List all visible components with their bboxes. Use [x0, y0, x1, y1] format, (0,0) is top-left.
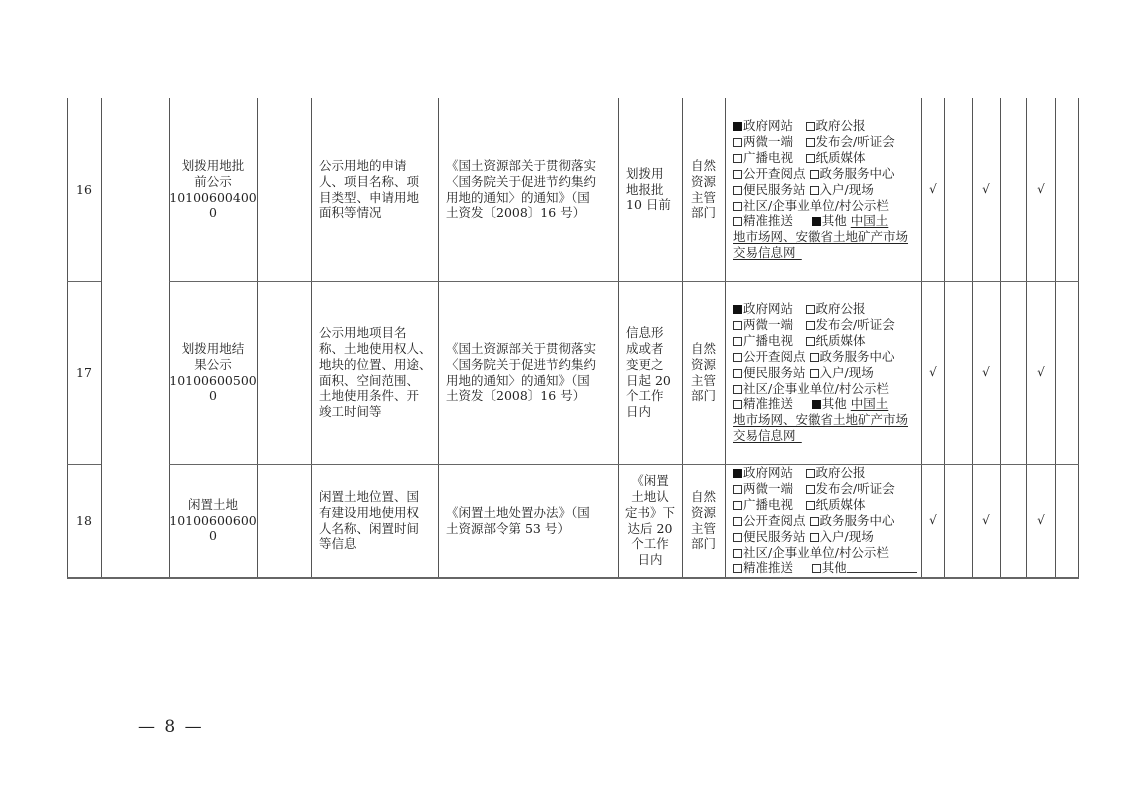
column-divider — [438, 98, 439, 578]
checkbox-empty-icon — [733, 138, 742, 147]
column-divider — [1055, 98, 1056, 578]
other-channel-blank — [847, 562, 917, 573]
checkbox-empty-icon — [810, 170, 819, 179]
disclosure-content: 公示用地的申请 人、项目名称、项 目类型、申请用地 面积等情况 — [319, 98, 437, 281]
row-index: 16 — [67, 98, 101, 281]
disclosure-table: 16 划拨用地批 前公示 10100600400 0 公示用地的申请 人、项目名… — [0, 0, 1122, 793]
row-divider — [169, 281, 1079, 282]
time-limit: 《闲置 土地认 定书》下 达后 20 个工作 日内 — [618, 464, 682, 577]
table-border-right — [1078, 98, 1079, 578]
checkbox-empty-icon — [806, 469, 815, 478]
responsible-department: 自然 资源 主管 部门 — [682, 281, 725, 464]
checkbox-empty-icon — [810, 353, 819, 362]
checkbox-empty-icon — [733, 400, 742, 409]
legal-basis: 《闲置土地处置办法》（国 土资源部令第 53 号） — [446, 464, 616, 577]
column-divider — [944, 98, 945, 578]
disclosure-channels: 政府网站 政府公报 两微一端 发布会/听证会 广播电视 纸质媒体 公开查阅点 政… — [733, 118, 919, 261]
row-index: 17 — [67, 281, 101, 464]
column-divider — [311, 98, 312, 578]
check-mark: √ — [921, 365, 945, 379]
item-name: 闲置土地 10100600600 0 — [169, 464, 257, 577]
column-divider — [101, 98, 102, 578]
column-divider — [725, 98, 726, 578]
checkbox-empty-icon — [733, 202, 742, 211]
row-index: 18 — [67, 464, 101, 577]
checkbox-empty-icon — [733, 533, 742, 542]
column-divider — [1000, 98, 1001, 578]
table-border-bottom — [67, 577, 1079, 579]
responsible-department: 自然 资源 主管 部门 — [682, 464, 725, 577]
checkbox-empty-icon — [733, 369, 742, 378]
check-mark: √ — [921, 513, 945, 527]
checkbox-checked-icon — [812, 217, 821, 226]
check-mark: √ — [1029, 365, 1053, 379]
checkbox-empty-icon — [733, 485, 742, 494]
checkbox-empty-icon — [733, 337, 742, 346]
checkbox-empty-icon — [733, 517, 742, 526]
checkbox-empty-icon — [810, 533, 819, 542]
disclosure-channels: 政府网站 政府公报 两微一端 发布会/听证会 广播电视 纸质媒体 公开查阅点 政… — [733, 301, 919, 444]
column-divider — [257, 98, 258, 578]
checkbox-empty-icon — [812, 564, 821, 573]
checkbox-empty-icon — [733, 321, 742, 330]
disclosure-content: 闲置土地位置、国 有建设用地使用权 人名称、闲置时间 等信息 — [319, 464, 437, 577]
checkbox-empty-icon — [810, 517, 819, 526]
responsible-department: 自然 资源 主管 部门 — [682, 98, 725, 281]
item-name: 划拨用地结 果公示 10100600500 0 — [169, 281, 257, 464]
checkbox-checked-icon — [812, 400, 821, 409]
checkbox-empty-icon — [733, 385, 742, 394]
check-mark: √ — [974, 365, 998, 379]
checkbox-empty-icon — [806, 305, 815, 314]
legal-basis: 《国土资源部关于贯彻落实 〈国务院关于促进节约集约 用地的通知〉的通知》（国 土… — [446, 281, 616, 464]
checkbox-empty-icon — [733, 170, 742, 179]
checkbox-checked-icon — [733, 469, 742, 478]
checkbox-empty-icon — [810, 186, 819, 195]
checkbox-empty-icon — [806, 337, 815, 346]
check-mark: √ — [974, 182, 998, 196]
page-number: — 8 — — [138, 717, 204, 737]
checkbox-empty-icon — [806, 138, 815, 147]
checkbox-empty-icon — [806, 122, 815, 131]
column-divider — [1026, 98, 1027, 578]
time-limit: 划拨用 地报批 10 日前 — [626, 98, 682, 281]
checkbox-empty-icon — [806, 501, 815, 510]
check-mark: √ — [1029, 182, 1053, 196]
disclosure-content: 公示用地项目名 称、土地使用权人、 地块的位置、用途、 面积、空间范围、 土地使… — [319, 281, 437, 464]
column-divider — [972, 98, 973, 578]
checkbox-empty-icon — [733, 154, 742, 163]
checkbox-checked-icon — [733, 305, 742, 314]
checkbox-checked-icon — [733, 122, 742, 131]
checkbox-empty-icon — [733, 564, 742, 573]
disclosure-channels: 政府网站 政府公报 两微一端 发布会/听证会 广播电视 纸质媒体 公开查阅点 政… — [733, 465, 919, 576]
check-mark: √ — [974, 513, 998, 527]
checkbox-empty-icon — [806, 321, 815, 330]
time-limit: 信息形 成或者 变更之 日起 20 个工作 日内 — [626, 281, 682, 464]
checkbox-empty-icon — [806, 154, 815, 163]
checkbox-empty-icon — [733, 217, 742, 226]
checkbox-empty-icon — [806, 485, 815, 494]
legal-basis: 《国土资源部关于贯彻落实 〈国务院关于促进节约集约 用地的通知〉的通知》（国 土… — [446, 98, 616, 281]
checkbox-empty-icon — [733, 186, 742, 195]
item-name: 划拨用地批 前公示 10100600400 0 — [169, 98, 257, 281]
column-divider — [921, 98, 922, 578]
checkbox-empty-icon — [733, 501, 742, 510]
checkbox-empty-icon — [810, 369, 819, 378]
check-mark: √ — [921, 182, 945, 196]
checkbox-empty-icon — [733, 549, 742, 558]
checkbox-empty-icon — [733, 353, 742, 362]
check-mark: √ — [1029, 513, 1053, 527]
